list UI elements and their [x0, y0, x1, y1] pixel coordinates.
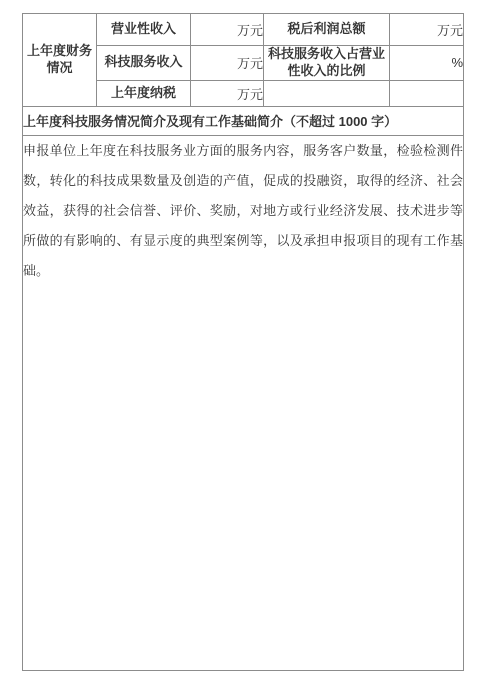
document-page: { "page": { "background": "#ffffff" }, "… [0, 0, 489, 693]
group-label-financial-situation: 上年度财务情况 [23, 14, 97, 107]
intro-body-text: 申报单位上年度在科技服务业方面的服务内容，服务客户数量，检验检测件数，转化的科技… [23, 135, 464, 670]
intro-section-header-row: 上年度科技服务情况简介及现有工作基础简介（不超过 1000 字） [23, 106, 464, 135]
intro-body-row: 申报单位上年度在科技服务业方面的服务内容，服务客户数量，检验检测件数，转化的科技… [23, 135, 464, 670]
financial-form-table: 上年度财务情况 营业性收入 万元 税后利润总额 万元 科技服务收入 万元 科技服… [22, 13, 464, 671]
value-cell-tech-service-income-unit: 万元 [191, 46, 264, 81]
metric-label-last-year-tax: 上年度纳税 [97, 80, 191, 106]
empty-cell-label [264, 80, 390, 106]
metric-label-tech-service-income: 科技服务收入 [97, 46, 191, 81]
metric-label-tech-income-ratio: 科技服务收入占营业性收入的比例 [264, 46, 390, 81]
financial-row-operating-income: 上年度财务情况 营业性收入 万元 税后利润总额 万元 [23, 14, 464, 46]
metric-label-after-tax-profit: 税后利润总额 [264, 14, 390, 46]
value-cell-operating-income-unit: 万元 [191, 14, 264, 46]
metric-label-operating-income: 营业性收入 [97, 14, 191, 46]
value-cell-tech-income-ratio-unit: % [390, 46, 464, 81]
empty-cell-unit [390, 80, 464, 106]
value-cell-last-year-tax-unit: 万元 [191, 80, 264, 106]
intro-section-header: 上年度科技服务情况简介及现有工作基础简介（不超过 1000 字） [23, 106, 464, 135]
value-cell-after-tax-profit-unit: 万元 [390, 14, 464, 46]
